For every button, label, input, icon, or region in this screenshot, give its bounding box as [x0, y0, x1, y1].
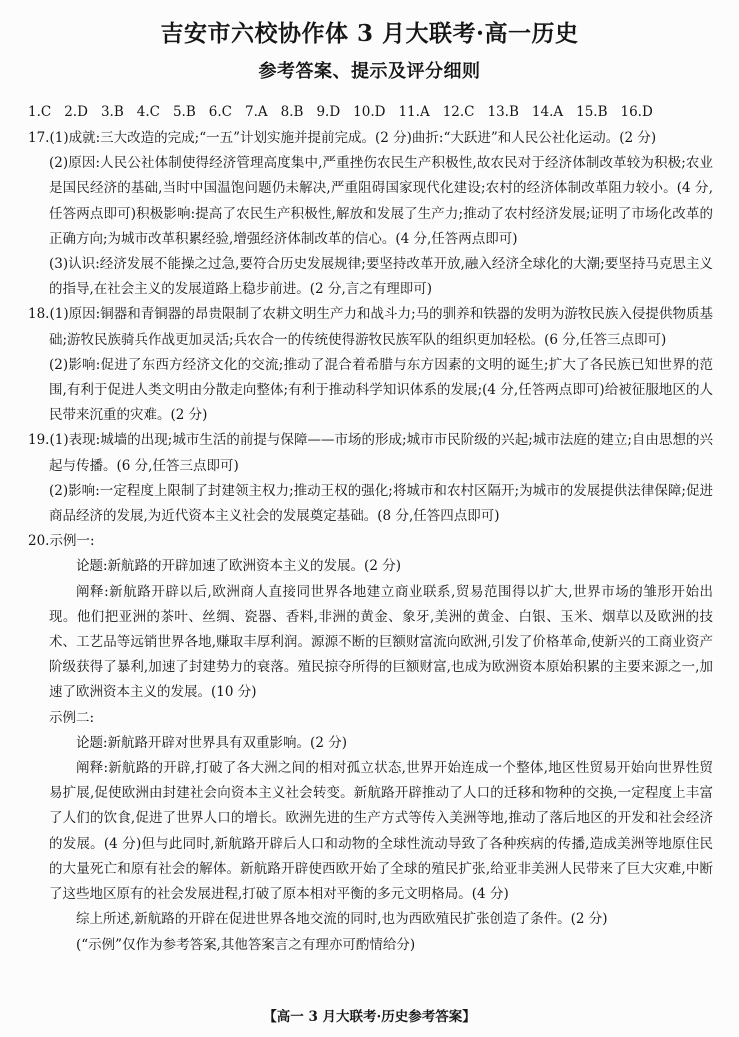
question-20-example2-explanation: 阐释:新航路的开辟,打破了各大洲之间的相对孤立状态,世界开始连成一个整体,地区性… [49, 756, 713, 907]
question-17-paragraph-2: (2)原因:人民公社体制使得经济管理高度集中,严重挫伤农民生产积极性,故农民对于… [49, 151, 713, 252]
question-20-answer: 20.示例一: 论题:新航路的开辟加速了欧洲资本主义的发展。(2 分) 阐释:新… [49, 529, 713, 957]
mcq-answer-16: 16.D [621, 104, 653, 120]
mcq-answer-15: 15.B [576, 104, 607, 120]
footer-label: 【高一 3 月大联考·历史参考答案】 [0, 1005, 739, 1025]
question-19-number: 19. [28, 432, 49, 448]
mcq-answer-8: 8.B [281, 104, 304, 120]
mcq-answer-4: 4.C [137, 104, 160, 120]
question-18-paragraph-2: (2)影响:促进了东西方经济文化的交流;推动了混合着希腊与东方因素的文明的诞生;… [49, 353, 713, 429]
question-17-paragraph-1: (1)成就:三大改造的完成;“一五”计划实施并提前完成。(2 分)曲折:“大跃进… [49, 130, 656, 146]
question-17-number: 17. [28, 130, 49, 146]
question-18-answer: 18.(1)原因:铜器和青铜器的昂贵限制了农耕文明生产力和战斗力;马的驯养和铁器… [49, 302, 713, 428]
question-17-answer: 17.(1)成就:三大改造的完成;“一五”计划实施并提前完成。(2 分)曲折:“… [49, 126, 713, 302]
mcq-answer-5: 5.B [173, 104, 196, 120]
mcq-answer-7: 7.A [245, 104, 268, 120]
mcq-answer-2: 2.D [64, 104, 88, 120]
mcq-answer-14: 14.A [532, 104, 563, 120]
question-20-example2-label: 示例二: [49, 706, 713, 731]
question-18-number: 18. [28, 306, 49, 322]
mcq-answer-6: 6.C [209, 104, 232, 120]
question-19-paragraph-1: (1)表现:城墙的出现;城市生活的前提与保障——市场的形成;城市市民阶级的兴起;… [49, 432, 713, 473]
mcq-answer-13: 13.B [488, 104, 519, 120]
question-20-grading-note: (“示例”仅作为参考答案,其他答案言之有理亦可酌情给分) [49, 933, 713, 958]
question-19-paragraph-2: (2)影响:一定程度上限制了封建领主权力;推动王权的强化;将城市和农村区隔开;为… [49, 479, 713, 529]
question-18-paragraph-1: (1)原因:铜器和青铜器的昂贵限制了农耕文明生产力和战斗力;马的驯养和铁器的发明… [49, 306, 713, 347]
mcq-answer-12: 12.C [443, 104, 475, 120]
answer-sheet-page: 吉安市六校协作体 3 月大联考·高一历史 参考答案、提示及评分细则 1.C 2.… [0, 0, 739, 1037]
question-20-example1-topic: 论题:新航路的开辟加速了欧洲资本主义的发展。(2 分) [49, 554, 713, 579]
mcq-answer-11: 11.A [398, 104, 429, 120]
page-title: 吉安市六校协作体 3 月大联考·高一历史 [0, 0, 739, 48]
page-subtitle: 参考答案、提示及评分细则 [0, 57, 739, 83]
mcq-answers-row: 1.C 2.D 3.B 4.C 5.B 6.C 7.A 8.B 9.D 10.D… [28, 104, 719, 120]
question-20-summary: 综上所述,新航路的开辟在促进世界各地交流的同时,也为西欧殖民扩张创造了条件。(2… [49, 907, 713, 932]
question-20-example1-explanation: 阐释:新航路开辟以后,欧洲商人直接同世界各地建立商业联系,贸易范围得以扩大,世界… [49, 580, 713, 706]
mcq-answer-9: 9.D [316, 104, 340, 120]
question-17-paragraph-3: (3)认识:经济发展不能操之过急,要符合历史发展规律;要坚持改革开放,融入经济全… [49, 252, 713, 302]
question-20-number: 20. [28, 533, 49, 549]
question-20-example1-label: 示例一: [49, 533, 94, 549]
answers-content: 17.(1)成就:三大改造的完成;“一五”计划实施并提前完成。(2 分)曲折:“… [49, 126, 713, 958]
mcq-answer-3: 3.B [101, 104, 124, 120]
question-19-answer: 19.(1)表现:城墙的出现;城市生活的前提与保障——市场的形成;城市市民阶级的… [49, 428, 713, 529]
mcq-answer-10: 10.D [353, 104, 385, 120]
mcq-answer-1: 1.C [28, 104, 51, 120]
question-20-example2-topic: 论题:新航路开辟对世界具有双重影响。(2 分) [49, 731, 713, 756]
